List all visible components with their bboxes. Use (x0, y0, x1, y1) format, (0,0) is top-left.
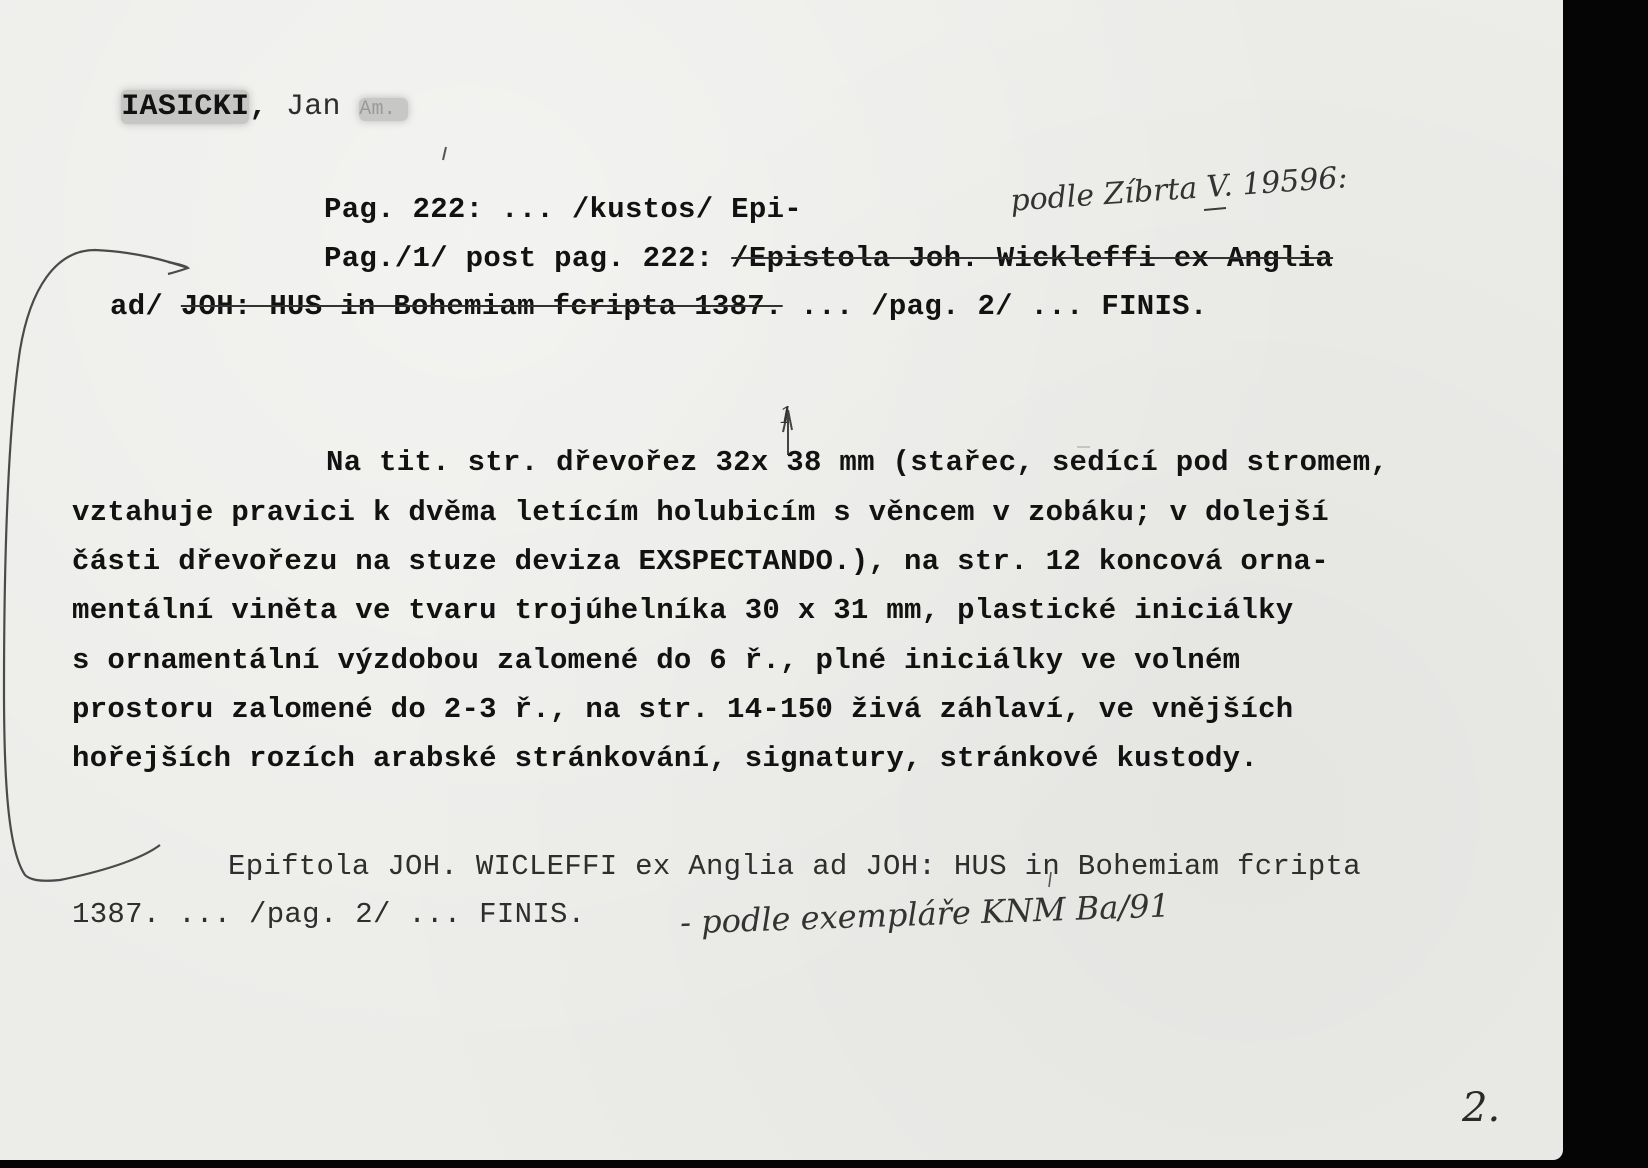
page-note-line-2: Pag./1/ post pag. 222: /Epistola Joh. Wi… (324, 244, 1333, 273)
handwritten-correction: 1 (779, 404, 793, 429)
description-line-4: mentální viněta ve tvaru trojúhelníka 30… (72, 596, 1294, 625)
description-line-2: vztahuje pravici k dvěma letícím holubic… (72, 498, 1329, 527)
page-note-line-3: ad/ JOH: HUS in Bohemiam fcripta 1387. .… (110, 292, 1208, 321)
page-note-line-3-struck: JOH: HUS in Bohemiam fcripta 1387. (181, 290, 783, 323)
description-line-3: části dřevořezu na stuze deviza EXSPECTA… (72, 547, 1329, 576)
corrected-title-line-2: 1387. ... /pag. 2/ ... FINIS. (72, 900, 585, 929)
corrected-title-line-1: Epiftola JOH. WICLEFFI ex Anglia ad JOH:… (228, 852, 1361, 881)
page-note-line-1: Pag. 222: ... /kustos/ Epi- (324, 195, 802, 224)
handwritten-card-number: 2. (1462, 1085, 1500, 1131)
page-note-line-3-suffix: ... /pag. 2/ ... FINIS. (783, 290, 1208, 323)
description-line-6: prostoru zalomené do 2-3 ř., na str. 14-… (72, 695, 1294, 724)
description-line-1: Na tit. str. dřevořez 32x 38 mm (stařec,… (326, 448, 1388, 477)
heading-separator: , (249, 90, 286, 124)
card-heading: IASICKI, Jan Am. (48, 62, 408, 152)
page-note-line-2-struck: /Epistola Joh. Wickleffi ex Anglia (731, 242, 1333, 275)
description-line-5: s ornamentální výzdobou zalomené do 6 ř.… (72, 646, 1240, 675)
description-line-7: hořejších rozích arabské stránkování, si… (72, 744, 1258, 773)
page-note-line-3-prefix: ad/ (110, 290, 181, 323)
heading-obscured-suffix: Am. (359, 98, 408, 121)
handwritten-exemplar-note: - podle exempláře KNM Ba/91 (679, 886, 1170, 941)
handwritten-source-note: podle Zíbrta V. 19596: (1009, 160, 1348, 218)
heading-given-name: Jan (286, 90, 341, 124)
catalog-card: IASICKI, Jan Am. Pag. 222: ... /kustos/ … (0, 0, 1563, 1160)
page-note-line-2-prefix: Pag./1/ post pag. 222: (324, 242, 731, 275)
heading-surname: IASICKI (121, 90, 249, 124)
